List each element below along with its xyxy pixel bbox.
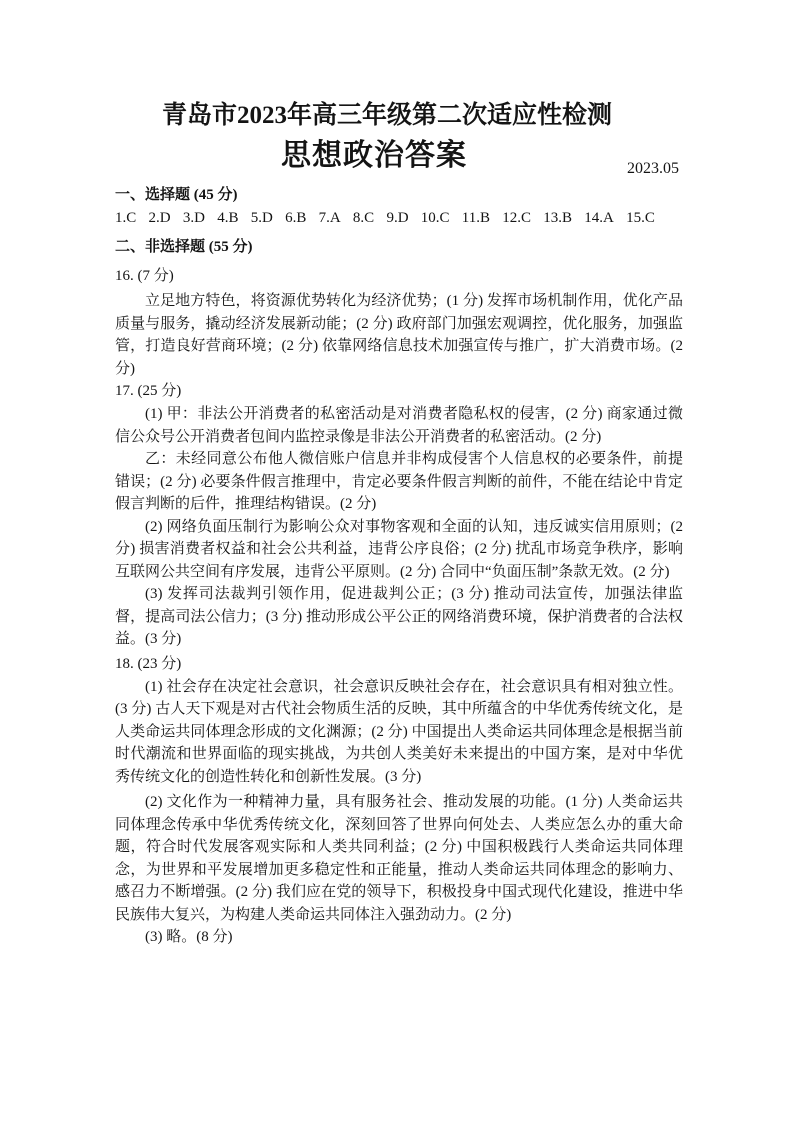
mc-answer-15: 15.C	[626, 207, 655, 230]
question-17-answer-part1-jia: (1) 甲：非法公开消费者的私密活动是对消费者隐私权的侵害，(2 分) 商家通过…	[115, 403, 683, 448]
mc-answer-2: 2.D	[149, 207, 171, 230]
question-17-number: 17. (25 分)	[115, 380, 683, 403]
mc-answers-row: 1.C 2.D 3.D 4.B 5.D 6.B 7.A 8.C 9.D 10.C…	[115, 207, 655, 230]
document-title: 青岛市2023年高三年级第二次适应性检测	[103, 99, 671, 133]
question-18-answer-part1: (1) 社会存在决定社会意识，社会意识反映社会存在，社会意识具有相对独立性。(3…	[115, 676, 683, 789]
mc-answer-11: 11.B	[462, 207, 490, 230]
question-17-answer-part2: (2) 网络负面压制行为影响公众对事物客观和全面的认知，违反诚实信用原则；(2 …	[115, 516, 683, 584]
question-18-number: 18. (23 分)	[115, 653, 683, 676]
mc-answer-8: 8.C	[353, 207, 374, 230]
question-17-answer-part3: (3) 发挥司法裁判引领作用，促进裁判公正；(3 分) 推动司法宣传，加强法律监…	[115, 583, 683, 651]
mc-answer-14: 14.A	[584, 207, 614, 230]
question-16-answer: 立足地方特色，将资源优势转化为经济优势；(1 分) 发挥市场机制作用，优化产品质…	[115, 290, 683, 380]
mc-answer-4: 4.B	[217, 207, 238, 230]
document-date: 2023.05	[627, 161, 679, 177]
mc-answer-7: 7.A	[319, 207, 341, 230]
mc-answer-12: 12.C	[502, 207, 531, 230]
mc-answer-5: 5.D	[251, 207, 273, 230]
mc-answer-10: 10.C	[421, 207, 450, 230]
section-choice-heading: 一、选择题 (45 分)	[115, 184, 683, 207]
section-non-choice-heading: 二、非选择题 (55 分)	[115, 236, 683, 259]
question-16-number: 16. (7 分)	[115, 265, 683, 288]
question-18-answer-part2: (2) 文化作为一种精神力量，具有服务社会、推动发展的功能。(1 分) 人类命运…	[115, 791, 683, 926]
mc-answer-1: 1.C	[115, 207, 136, 230]
mc-answer-6: 6.B	[285, 207, 306, 230]
mc-answer-9: 9.D	[386, 207, 408, 230]
document-subtitle: 思想政治答案	[281, 139, 467, 172]
mc-answer-3: 3.D	[183, 207, 205, 230]
document-page: 青岛市2023年高三年级第二次适应性检测 思想政治答案 2023.05 一、选择…	[0, 0, 794, 1123]
question-17-answer-part1-yi: 乙：未经同意公布他人微信账户信息并非构成侵害个人信息权的必要条件，前提错误；(2…	[115, 448, 683, 516]
mc-answer-13: 13.B	[543, 207, 572, 230]
document-content: 青岛市2023年高三年级第二次适应性检测 思想政治答案 2023.05 一、选择…	[115, 99, 683, 949]
question-18-answer-part3: (3) 略。(8 分)	[115, 926, 683, 949]
document-subtitle-row: 思想政治答案 2023.05	[115, 135, 683, 182]
